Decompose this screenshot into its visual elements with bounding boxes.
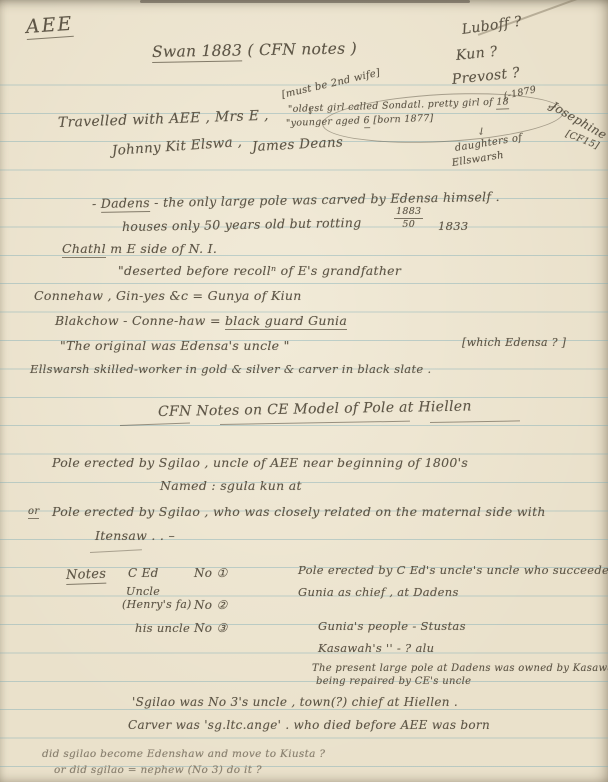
girls-quote-1-age: 18 (496, 96, 509, 109)
page-title-paren: ( CFN notes ) (247, 39, 357, 59)
footer-question-2: or did sgilao = nephew (No 3) do it ? (54, 764, 262, 776)
corner-label-text: AEE (25, 13, 74, 40)
year-fraction: 1883 50 (394, 207, 423, 229)
wife-note: [must be 2nd wife] (281, 67, 382, 100)
notes-right-6: being repaired by CE's uncle (316, 676, 471, 687)
companion-1: Johnny Kit Elswa , (111, 134, 242, 159)
girls-quote-1: "oldest girl called Sondatl. pretty girl… (288, 96, 509, 115)
notes-right-5: The present large pole at Dadens was own… (312, 663, 608, 674)
heading-underline (120, 423, 190, 427)
notes-right-4: Kasawah's '' - ? alu (318, 641, 434, 655)
carver-line: Carver was 'sg.ltc.ange' . who died befo… (128, 718, 490, 732)
connehaw-line: Connehaw , Gin-yes &c = Gunya of Kiun (34, 288, 302, 303)
notes-row1-number: No ① (194, 566, 228, 580)
page-title: Swan 1883 ( CFN notes ) (152, 39, 357, 61)
notes-label-text: Notes (66, 567, 107, 585)
sgilao-uncle-line: 'Sgilao was No 3's uncle , town(?) chief… (132, 695, 458, 709)
section-heading: CFN Notes on CE Model of Pole at Hiellen (158, 399, 472, 420)
heading-underline (430, 420, 520, 423)
dadens-rest: - the only large pole was carved by Eden… (150, 189, 500, 210)
scan-edge-shadow (140, 0, 470, 3)
pole-named-line: Named : sgula kun at (160, 478, 302, 493)
pole-related-line: Pole erected by Sgilao , who was closely… (52, 504, 546, 519)
stray-stroke (90, 549, 142, 553)
notes-row2-name: Uncle (126, 585, 160, 598)
notes-row3-number: No ② (194, 598, 228, 612)
margin-or-text: or (28, 506, 39, 519)
notes-right-3: Gunia's people - Stustas (318, 619, 466, 633)
query-name-2: Kun ? (455, 44, 498, 64)
blakchow-line: Blakchow - Conne-haw = black guard Gunia (55, 313, 347, 328)
chathl-name: Chathl (62, 241, 106, 258)
ellswarsh-line: Ellswarsh skilled-worker in gold & silve… (30, 362, 431, 376)
notes-row3-name: (Henry's fa) (122, 598, 192, 611)
dadens-name: Dadens (101, 195, 150, 213)
scanned-note-page: AEE Swan 1883 ( CFN notes ) Luboff ? Kun… (0, 0, 608, 782)
down-arrow-icon: ↓ (476, 126, 486, 138)
deserted-line: "deserted before recollⁿ of E's grandfat… (118, 263, 401, 278)
daughters-note-line1: daughters of (454, 132, 523, 154)
notes-right-1: Pole erected by C Ed's uncle's uncle who… (298, 563, 608, 577)
itensaw-line: Itensaw . . – (95, 528, 175, 543)
dadens-dash: - (92, 196, 101, 211)
margin-or: or (28, 506, 39, 517)
girls-quote-2-text: "younger aged (286, 115, 364, 129)
query-name-1: Luboff ? (461, 14, 523, 38)
notes-right-2: Gunia as chief , at Dadens (298, 585, 459, 599)
corner-label: AEE (25, 13, 74, 38)
travelled-line: Travelled with AEE , Mrs E , (58, 108, 269, 131)
dadens-line-1: - Dadens - the only large pole was carve… (92, 189, 500, 211)
notes-row4-name: his uncle (135, 621, 190, 635)
houses-line: houses only 50 years old but rotting (122, 215, 362, 234)
page-title-main: Swan 1883 (152, 41, 243, 63)
chathl-line: Chathl m E side of N. I. (62, 241, 217, 256)
which-edensa-note: [which Edensa ? ] (462, 336, 566, 349)
chathl-rest: m E side of N. I. (106, 241, 217, 256)
original-uncle-line: "The original was Edensa's uncle " (60, 338, 290, 353)
notes-row4-number: No ③ (194, 621, 228, 635)
notes-row1-name: C Ed (128, 566, 159, 580)
blakchow-text: Blakchow - Conne-haw = (55, 313, 225, 328)
gunia-text: Gunia (304, 313, 347, 330)
girls-quote-2-born: [born 1877] (370, 113, 434, 126)
girls-quote-1-text: "oldest girl called Sondatl. pretty girl… (288, 97, 497, 115)
heading-underline (220, 421, 410, 426)
companion-2: James Deans (252, 134, 344, 155)
year-1833: 1833 (438, 219, 468, 233)
fraction-bottom: 50 (402, 219, 415, 230)
blackguard-text: black guard (225, 313, 304, 330)
notes-label: Notes (66, 567, 107, 583)
footer-question-1: did sgilao become Edenshaw and move to K… (42, 748, 325, 760)
pole-erected-line: Pole erected by Sgilao , uncle of AEE ne… (52, 455, 468, 470)
query-name-3: Prevost ? (451, 65, 521, 88)
fraction-top: 1883 (394, 207, 423, 219)
